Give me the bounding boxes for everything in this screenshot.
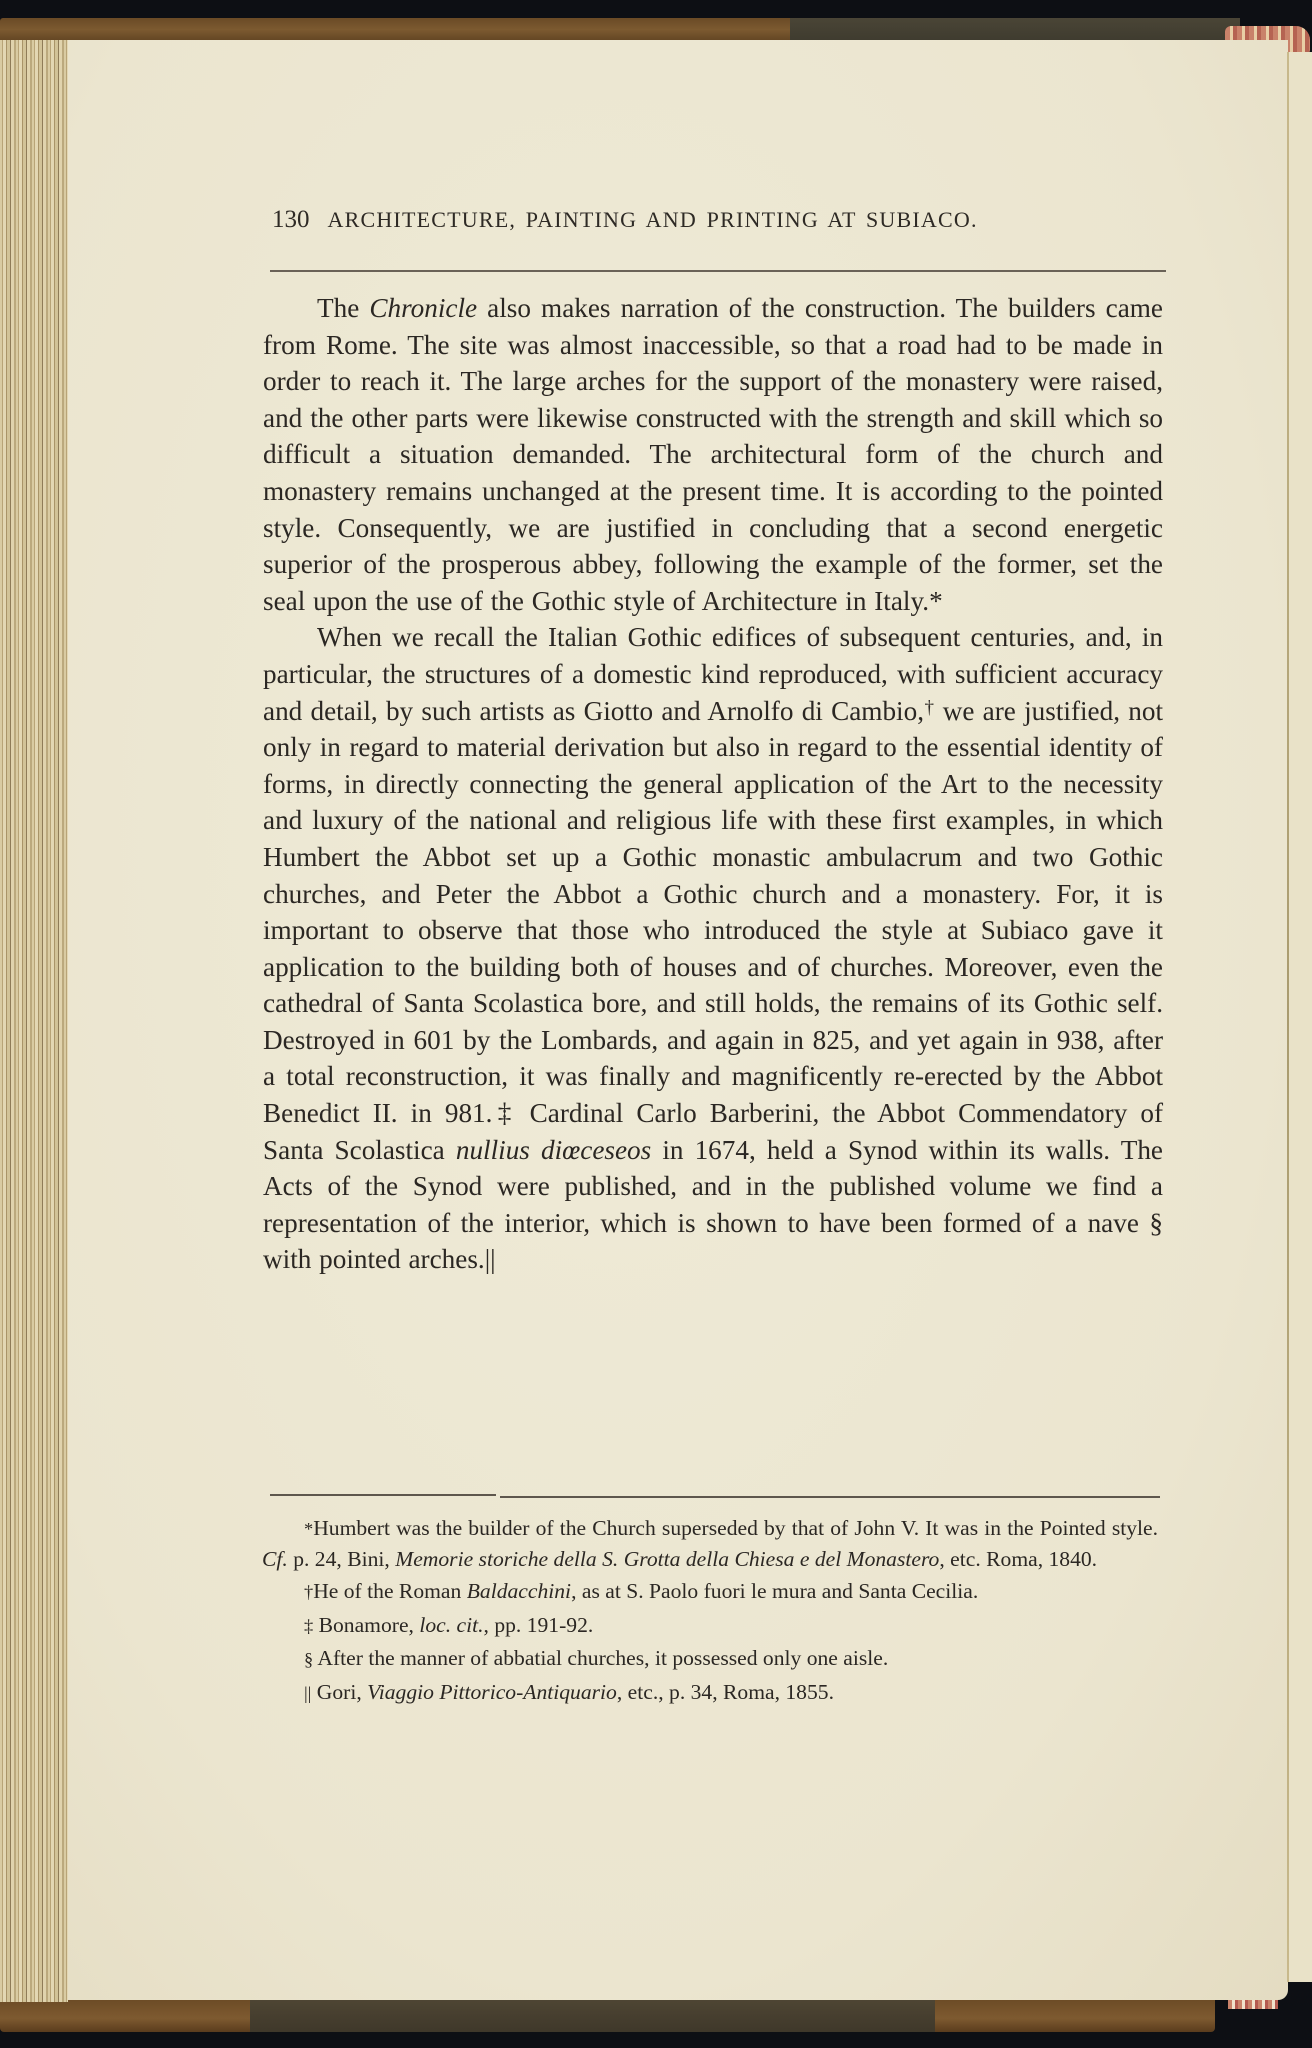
- footnote-mark: §: [304, 1649, 313, 1669]
- text-run: , etc. Roma, 1840.: [939, 1547, 1097, 1571]
- book-cover-bottom-edge: [0, 1998, 1215, 2032]
- facing-page-edge: [1289, 52, 1312, 1982]
- text-run: The: [317, 293, 369, 323]
- text-run: , pp. 191-92.: [484, 1613, 594, 1637]
- text-run: , as at S. Paolo fuori le mura and Santa…: [571, 1579, 978, 1603]
- footnote-section: § After the manner of abbatial churches,…: [262, 1644, 1158, 1675]
- footnote-double-dagger: ‡ Bonamore, loc. cit., pp. 191-92.: [262, 1611, 1158, 1642]
- text-run: p. 24, Bini,: [288, 1547, 395, 1571]
- running-head: 130 ARCHITECTURE, PAINTING AND PRINTING …: [272, 206, 1167, 234]
- footnote-mark: †: [304, 1582, 313, 1602]
- italic-run: Cf.: [262, 1547, 288, 1571]
- footnote-rule-short: [270, 1494, 496, 1496]
- footnote-ref-asterisk[interactable]: *: [929, 586, 943, 616]
- footnote-ref-double-dagger[interactable]: ‡: [492, 1098, 516, 1128]
- paragraph-1: The Chronicle also makes narration of th…: [263, 290, 1163, 619]
- text-run: Gori,: [311, 1680, 367, 1704]
- footnotes: *Humbert was the builder of the Church s…: [262, 1514, 1158, 1711]
- page-number: 130: [272, 206, 310, 234]
- body-text: The Chronicle also makes narration of th…: [263, 290, 1163, 1278]
- page-gutter-shadow: [1287, 52, 1289, 1982]
- italic-book-title: Memorie storiche della S. Grotta della C…: [395, 1547, 939, 1571]
- footnote-asterisk: *Humbert was the builder of the Church s…: [262, 1514, 1158, 1574]
- footnote-ref-parallel[interactable]: ||: [485, 1244, 496, 1274]
- italic-title-chronicle: Chronicle: [369, 293, 477, 323]
- footnote-rule-long: [500, 1496, 1160, 1498]
- text-run: Humbert was the builder of the Church su…: [313, 1516, 1158, 1540]
- header-rule: [270, 270, 1166, 272]
- footnote-ref-dagger[interactable]: †: [924, 697, 934, 718]
- text-run: Bonamore,: [313, 1613, 419, 1637]
- paragraph-2: When we recall the Italian Gothic edific…: [263, 619, 1163, 1278]
- footnote-parallel: || Gori, Viaggio Pittorico-Antiquario, e…: [262, 1678, 1158, 1709]
- cover-dark-segment: [250, 1998, 935, 2032]
- running-head-title: ARCHITECTURE, PAINTING AND PRINTING AT S…: [328, 207, 1168, 233]
- page-stack-edge: [0, 40, 68, 2002]
- italic-run: Baldacchini: [467, 1579, 571, 1603]
- footnote-mark: ‡: [304, 1616, 313, 1636]
- text-run: also makes narration of the construction…: [263, 293, 1163, 616]
- text-run: He of the Roman: [313, 1579, 467, 1603]
- footnote-mark: *: [304, 1519, 313, 1539]
- italic-book-title: Viaggio Pittorico-Antiquario: [367, 1680, 617, 1704]
- italic-run: loc. cit.: [419, 1613, 483, 1637]
- text-run: we are justified, not only in regard to …: [263, 696, 1163, 1129]
- text-run: After the manner of abbatial churches, i…: [313, 1646, 888, 1670]
- italic-latin-phrase: nullius diœceseos: [456, 1135, 651, 1165]
- text-run: , etc., p. 34, Roma, 1855.: [617, 1680, 834, 1704]
- footnote-dagger: †He of the Roman Baldacchini, as at S. P…: [262, 1577, 1158, 1608]
